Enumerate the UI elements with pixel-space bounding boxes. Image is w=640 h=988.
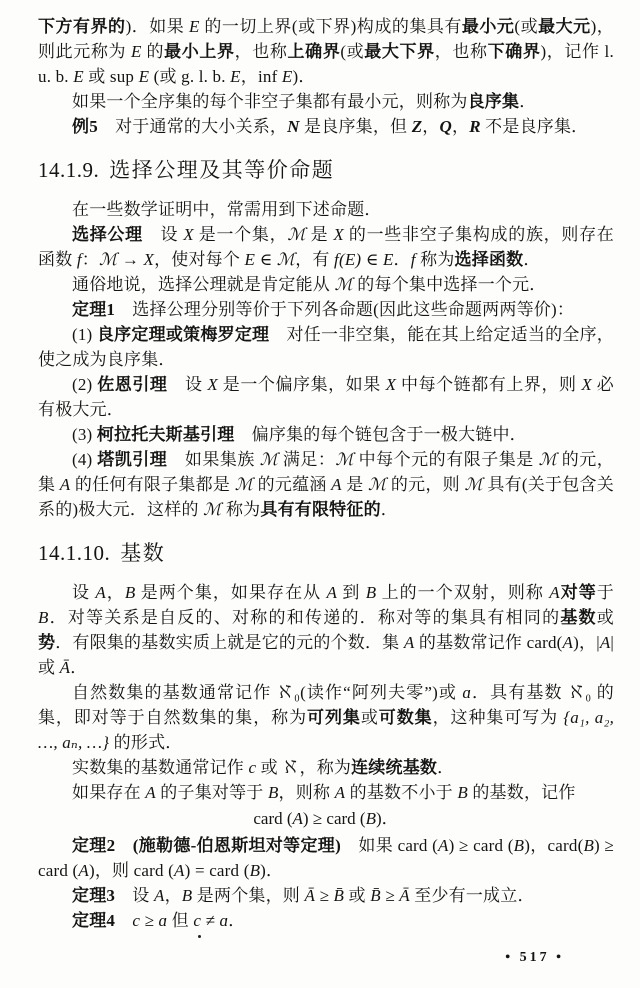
text-segment: B [514, 836, 525, 855]
text-segment: 偏序集的每个链包含于一极大链中． [234, 425, 526, 444]
text-segment: N [287, 117, 299, 136]
text-segment: 最大下界 [364, 42, 435, 61]
text-segment: 定理3 [72, 886, 115, 905]
para-card-compare: 如果存在 A 的子集对等于 B，则称 A 的基数不小于 B 的基数，记作 [38, 780, 614, 805]
text-segment: ℳ [464, 475, 482, 494]
text-segment: 设 [143, 225, 183, 244]
text-segment [115, 836, 132, 855]
page-number: • 517 • [505, 950, 564, 966]
text-segment: ℵ₀ [568, 683, 591, 702]
text-segment: 的元蕴涵 [253, 475, 331, 494]
text-segment: 称为 [222, 500, 261, 519]
text-segment: E ∈ ℳ [245, 250, 296, 269]
text-segment: 的一切上界(或下界)构成的集具有 [200, 17, 462, 36]
text-segment: ， [422, 117, 439, 136]
text-segment: A [549, 583, 560, 602]
text-segment: )，则 card ( [89, 861, 174, 880]
para-example-5: 例5 对于通常的大小关系，N 是良序集，但 Z，Q，R 不是良序集． [38, 114, 614, 139]
text-segment: 良序集 [468, 92, 520, 111]
text-segment: c ≠ ɑ [193, 911, 228, 930]
text-segment: A [78, 861, 89, 880]
text-segment: Q [440, 117, 452, 136]
text-segment: )，| [573, 633, 600, 652]
text-segment: 或 [361, 708, 379, 727]
text-segment: 的基数，记作 [468, 783, 576, 802]
para-cardinality-def: 设 A，B 是两个集，如果存在从 A 到 B 上的一个双射，则称 A对等于 B．… [38, 580, 614, 680]
text-segment: c ≥ ɑ [132, 911, 167, 930]
text-segment: ℳ [539, 450, 557, 469]
text-segment: ，也称 [235, 42, 288, 61]
text-segment: ． [394, 250, 411, 269]
text-segment: 选择函数 [455, 250, 524, 269]
text-segment: 通俗地说，选择公理就是肯定能从 [72, 275, 334, 294]
text-segment: card ( [253, 809, 292, 828]
text-segment: E [230, 67, 241, 86]
text-segment: 于 [597, 583, 614, 602]
text-segment: 或 [344, 886, 370, 905]
text-segment: ． [70, 658, 87, 677]
text-segment: 是良序集，但 [300, 117, 412, 136]
text-segment: 的基数不小于 [345, 783, 457, 802]
text-segment: X [386, 375, 397, 394]
text-segment: 对于通常的大小关系， [98, 117, 287, 136]
text-segment: B [457, 783, 468, 802]
text-segment: 至少有一成立． [410, 886, 535, 905]
text-segment: 到 [337, 583, 366, 602]
text-segment: 如果集族 [167, 450, 259, 469]
item-2-zorn-lemma: (2) 佐恩引理 设 X 是一个偏序集，如果 X 中每个链都有上界，则 X 必有… [38, 372, 614, 422]
page: 下方有界的)．如果 E 的一切上界(或下界)构成的集具有最小元(或最大元)，则此… [0, 0, 640, 988]
text-segment: 满足： [278, 450, 335, 469]
text-segment: 的任何有限子集都是 [70, 475, 234, 494]
text-segment: )．如果 [126, 17, 189, 36]
text-segment: A [326, 583, 337, 602]
text-segment: Ā [60, 658, 71, 677]
text-segment: ɑ [462, 683, 471, 702]
text-segment: 的子集对等于 [156, 783, 268, 802]
text-segment: 中每个链都有上界，则 [396, 375, 581, 394]
text-segment: B [583, 836, 594, 855]
para-continuum: 实数集的基数通常记作 c 或 ℵ，称为连续统基数． [38, 755, 614, 780]
text-segment: ．对等关系是自反的、对称的和传递的．称对等的集具有相同的 [49, 608, 561, 627]
text-segment: 设 [167, 375, 207, 394]
text-segment: 如果一个全序集的每个非空子集都有最小元，则称为 [72, 92, 468, 111]
text-segment: 是 [306, 225, 334, 244]
text-segment: 是两个集，则 [192, 886, 304, 905]
text-segment: 或 [597, 608, 614, 627]
text-segment: 的元，则 [386, 475, 464, 494]
text-segment: )． [376, 809, 399, 828]
para-bounds-continuation: 下方有界的)．如果 E 的一切上界(或下界)构成的集具有最小元(或最大元)，则此… [38, 14, 614, 89]
text-segment: ． [523, 250, 540, 269]
text-segment: ， [165, 886, 182, 905]
text-segment: 或 sup [84, 67, 139, 86]
text-segment: ℳ [334, 275, 352, 294]
text-segment: 在一些数学证明中，常需用到下述命题． [72, 200, 382, 219]
text-segment: X [333, 225, 344, 244]
text-segment: (或 [514, 17, 538, 36]
para-theorem-2: 定理2 (施勒德-伯恩斯坦对等定理) 如果 card (A) ≥ card (B… [38, 833, 614, 883]
text-segment: R [469, 117, 481, 136]
text-segment: (2) [72, 375, 97, 394]
text-segment: 或 ℵ，称为 [256, 758, 351, 777]
text-segment: B [38, 608, 49, 627]
text-segment: B [250, 861, 261, 880]
text-segment: B̄ ≥ Ā [370, 886, 410, 905]
text-segment [115, 911, 132, 930]
text-segment: 的 [142, 42, 165, 61]
text-segment: A [335, 783, 346, 802]
text-segment: 最小上界 [164, 42, 235, 61]
text-segment: A [600, 633, 611, 652]
text-segment: A [154, 886, 165, 905]
text-segment: 设 [115, 886, 154, 905]
para-colloquial: 通俗地说，选择公理就是肯定能从 ℳ 的每个集中选择一个元． [38, 272, 614, 297]
text-segment: 例5 [72, 117, 98, 136]
text-segment: 基数 [560, 608, 596, 627]
text-segment: ) ≥ card ( [303, 809, 366, 828]
text-segment: 中每个元的有限子集是 [354, 450, 539, 469]
text-segment: A [563, 633, 574, 652]
text-segment: B [366, 809, 376, 828]
text-segment: 柯拉托夫斯基引理 [97, 425, 235, 444]
text-segment: E [73, 67, 84, 86]
text-segment: ，使对每个 [154, 250, 244, 269]
text-segment: 佐恩引理 [97, 375, 167, 394]
para-theorem-1: 定理1 选择公理分别等价于下列各命题(因此这些命题两两等价)： [38, 297, 614, 322]
text-segment: 塔凯引理 [97, 450, 167, 469]
text-segment: 最大元 [538, 17, 591, 36]
formula-card-inequality: card (A) ≥ card (B)． [38, 806, 614, 832]
text-segment: 14.1.10. [38, 541, 110, 565]
text-segment: 是一个集， [194, 225, 288, 244]
text-segment: 上的一个双射，则称 [376, 583, 549, 602]
text-segment: B [182, 886, 193, 905]
text-segment: ) = card ( [185, 861, 250, 880]
text-segment: ． [228, 911, 245, 930]
heading-14-1-10: 14.1.10.基数 [38, 537, 614, 567]
text-segment: 可数集 [379, 708, 433, 727]
text-segment: A [60, 475, 71, 494]
text-segment: 是一个偏序集，如果 [218, 375, 386, 394]
text-segment: 不是良序集． [481, 117, 589, 136]
text-segment: f(E) ∈ E [334, 250, 394, 269]
text-segment: 是两个集，如果存在从 [135, 583, 326, 602]
text-segment: ： [82, 250, 99, 269]
text-segment: ， [106, 583, 125, 602]
text-segment: A [95, 583, 106, 602]
text-segment: 对等 [560, 583, 597, 602]
item-1-well-ordering-theorem: (1) 良序定理或策梅罗定理 对任一非空集，能在其上给定适当的全序，使之成为良序… [38, 322, 614, 372]
text-segment: ． [381, 500, 398, 519]
text-segment: 下方有界的 [38, 17, 126, 36]
text-segment: 定理2 [72, 836, 115, 855]
text-segment: A [145, 783, 156, 802]
text-segment: 连续统基数 [351, 758, 437, 777]
text-segment: (或 [340, 42, 364, 61]
text-segment: 下确界 [488, 42, 541, 61]
text-segment: ℳ [287, 225, 305, 244]
text-segment: (4) [72, 450, 97, 469]
text-segment: 具有有限特征的 [260, 500, 380, 519]
text-segment: ℳ [203, 500, 221, 519]
text-segment: ℳ [260, 450, 278, 469]
text-segment: 可列集 [307, 708, 361, 727]
text-segment: 选择公理及其等价命题 [109, 158, 334, 182]
para-well-ordered-def: 如果一个全序集的每个非空子集都有最小元，则称为良序集． [38, 89, 614, 114]
text-segment: ，inf [241, 67, 282, 86]
para-aleph-zero: 自然数集的基数通常记作 ℵ₀(读作“阿列夫零”)或 ɑ．具有基数 ℵ₀ 的集，即… [38, 680, 614, 755]
text-segment: )，card( [524, 836, 583, 855]
text-segment: ．有限集的基数实质上就是它的元的个数．集 [55, 633, 404, 652]
text-segment: 选择公理分别等价于下列各命题(因此这些命题两两等价)： [115, 300, 574, 319]
text-segment: 定理1 [72, 300, 115, 319]
text-segment: 良序定理或策梅罗定理 [97, 325, 269, 344]
text-segment: A [404, 633, 415, 652]
text-segment: )． [260, 861, 283, 880]
text-segment: ℳ → X [99, 250, 154, 269]
para-intro: 在一些数学证明中，常需用到下述命题． [38, 197, 614, 222]
text-segment: B [366, 583, 377, 602]
text-segment: 自然数集的基数通常记作 [72, 683, 277, 702]
text-segment: 的基数常记作 card( [414, 633, 562, 652]
para-theorem-3: 定理3 设 A，B 是两个集，则 Ā ≥ B̄ 或 B̄ ≥ Ā 至少有一成立． [38, 883, 614, 908]
para-theorem-4: 定理4 c ≥ ɑ 但 c ≠ ɑ． [38, 908, 614, 933]
text-segment: 如果存在 [72, 783, 145, 802]
text-segment: A [438, 836, 449, 855]
text-segment: 如果 card ( [341, 836, 438, 855]
text-segment: 基数 [120, 541, 165, 565]
text-segment: E [139, 67, 150, 86]
text-segment: ℵ₀ [277, 683, 300, 702]
text-segment: A [174, 861, 185, 880]
text-segment: Ā ≥ B̄ [304, 886, 344, 905]
text-segment: ，这种集可写为 [433, 708, 564, 727]
text-segment: ，有 [295, 250, 334, 269]
text-segment: ，也称 [435, 42, 488, 61]
text-segment: ，则称 [279, 783, 335, 802]
para-axiom-of-choice: 选择公理 设 X 是一个集，ℳ 是 X 的一些非空子集构成的族，则存在函数 f：… [38, 222, 614, 272]
text-segment: 实数集的基数通常记作 [72, 758, 248, 777]
text-segment: ℳ [235, 475, 253, 494]
text-segment: )． [292, 67, 315, 86]
text-segment: X [581, 375, 592, 394]
text-segment: 设 [72, 583, 95, 602]
text-segment: 但 [167, 911, 193, 930]
text-segment: (3) [72, 425, 97, 444]
heading-14-1-9: 14.1.9.选择公理及其等价命题 [38, 154, 614, 184]
text-segment: ．具有基数 [471, 683, 568, 702]
text-segment: 的形式． [109, 733, 182, 752]
text-segment: 的每个集中选择一个元． [353, 275, 547, 294]
page-content: 下方有界的)．如果 E 的一切上界(或下界)构成的集具有最小元(或最大元)，则此… [38, 14, 614, 933]
text-segment: B [268, 783, 279, 802]
text-segment: E [189, 17, 200, 36]
text-segment: E [131, 42, 142, 61]
text-segment: (读作“阿列夫零”)或 [300, 683, 462, 702]
text-segment: 是 [342, 475, 368, 494]
text-segment: ℳ [335, 450, 353, 469]
text-segment: 14.1.9. [38, 158, 99, 182]
text-segment: Z [412, 117, 423, 136]
text-segment: A [293, 809, 303, 828]
text-segment: 选择公理 [72, 225, 143, 244]
text-segment: 最小元 [462, 17, 515, 36]
text-segment: (施勒德-伯恩斯坦对等定理) [133, 836, 341, 855]
scan-noise-dot [198, 935, 201, 938]
text-segment: 称为 [416, 250, 455, 269]
text-segment: ． [437, 758, 454, 777]
text-segment: ℳ [368, 475, 386, 494]
text-segment: (或 g. l. b. [149, 67, 230, 86]
text-segment: 上确界 [287, 42, 340, 61]
text-segment: ) ≥ card ( [449, 836, 514, 855]
item-4-tukey-lemma: (4) 塔凯引理 如果集族 ℳ 满足：ℳ 中每个元的有限子集是 ℳ 的元，集 A… [38, 447, 614, 522]
text-segment: 定理4 [72, 911, 115, 930]
text-segment: B [125, 583, 136, 602]
text-segment: 势 [38, 633, 55, 652]
text-segment: (1) [72, 325, 97, 344]
text-segment: A [331, 475, 342, 494]
text-segment: ， [452, 117, 469, 136]
text-segment: X [207, 375, 218, 394]
text-segment: ． [519, 92, 536, 111]
text-segment: X [183, 225, 194, 244]
text-segment: E [282, 67, 293, 86]
item-3-kuratowski-lemma: (3) 柯拉托夫斯基引理 偏序集的每个链包含于一极大链中． [38, 422, 614, 447]
